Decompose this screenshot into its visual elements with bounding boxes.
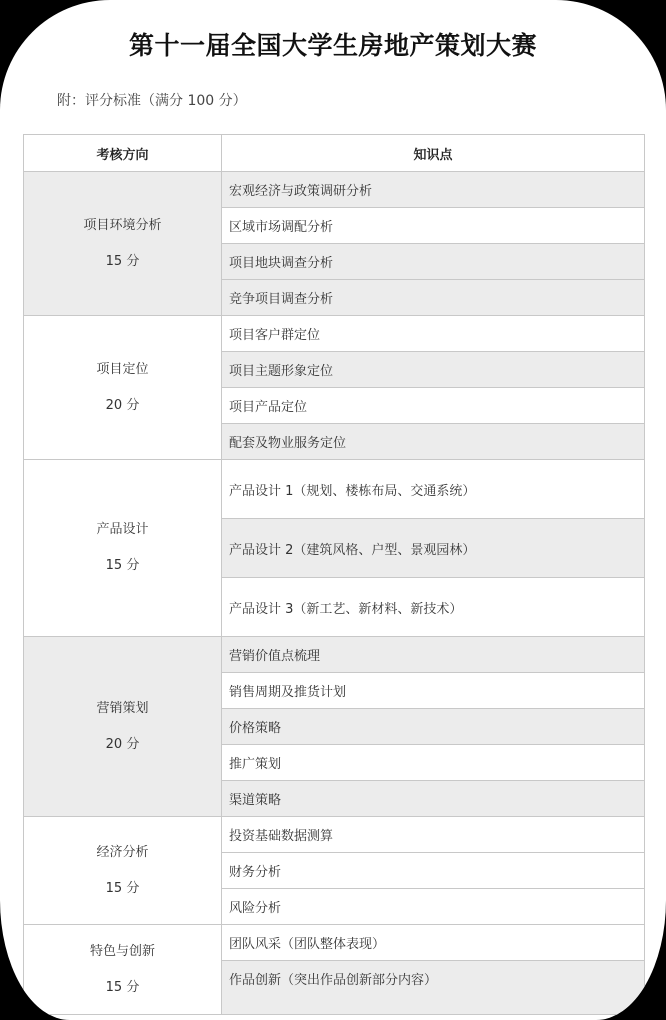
knowledge-point: 区域市场调配分析 xyxy=(222,208,645,244)
table-row: 营销策划 20 分 营销价值点梳理 xyxy=(24,637,645,673)
table-row: 经济分析 15 分 投资基础数据测算 xyxy=(24,817,645,853)
knowledge-point: 风险分析 xyxy=(222,889,645,925)
knowledge-point: 财务分析 xyxy=(222,853,645,889)
knowledge-point: 竞争项目调查分析 xyxy=(222,280,645,316)
header-assessment-direction: 考核方向 xyxy=(24,135,222,172)
knowledge-point: 作品创新（突出作品创新部分内容） xyxy=(222,961,645,1015)
category-cell: 经济分析 15 分 xyxy=(24,817,222,925)
category-name: 营销策划 xyxy=(24,700,221,718)
knowledge-point: 项目地块调查分析 xyxy=(222,244,645,280)
knowledge-point: 团队风采（团队整体表现） xyxy=(222,925,645,961)
category-points: 15 分 xyxy=(24,557,221,575)
knowledge-point: 产品设计 2（建筑风格、户型、景观园林） xyxy=(222,519,645,578)
knowledge-point: 投资基础数据测算 xyxy=(222,817,645,853)
knowledge-point: 销售周期及推货计划 xyxy=(222,673,645,709)
category-cell: 产品设计 15 分 xyxy=(24,460,222,637)
category-cell: 营销策划 20 分 xyxy=(24,637,222,817)
category-points: 15 分 xyxy=(24,253,221,271)
category-name: 产品设计 xyxy=(24,521,221,539)
knowledge-point: 渠道策略 xyxy=(222,781,645,817)
category-cell: 特色与创新 15 分 xyxy=(24,925,222,1015)
category-points: 20 分 xyxy=(24,736,221,754)
knowledge-point: 产品设计 1（规划、楼栋布局、交通系统） xyxy=(222,460,645,519)
category-name: 经济分析 xyxy=(24,844,221,862)
table-row: 项目定位 20 分 项目客户群定位 xyxy=(24,316,645,352)
document-page: 第十一届全国大学生房地产策划大赛 附：评分标准（满分 100 分） 考核方向 知… xyxy=(0,0,666,1020)
knowledge-point: 营销价值点梳理 xyxy=(222,637,645,673)
category-points: 15 分 xyxy=(24,979,221,997)
category-name: 特色与创新 xyxy=(24,943,221,961)
category-points: 20 分 xyxy=(24,397,221,415)
table-row: 项目环境分析 15 分 宏观经济与政策调研分析 xyxy=(24,172,645,208)
scoring-standard-note: 附：评分标准（满分 100 分） xyxy=(57,90,247,110)
scoring-table: 考核方向 知识点 项目环境分析 15 分 宏观经济与政策调研分析 区域市场调配分… xyxy=(23,134,645,1015)
category-points: 15 分 xyxy=(24,880,221,898)
knowledge-point: 价格策略 xyxy=(222,709,645,745)
document-title: 第十一届全国大学生房地产策划大赛 xyxy=(0,26,666,62)
header-knowledge-points: 知识点 xyxy=(222,135,645,172)
table-header-row: 考核方向 知识点 xyxy=(24,135,645,172)
knowledge-point: 项目客户群定位 xyxy=(222,316,645,352)
knowledge-point: 项目产品定位 xyxy=(222,388,645,424)
category-name: 项目定位 xyxy=(24,361,221,379)
knowledge-point: 推广策划 xyxy=(222,745,645,781)
knowledge-point: 宏观经济与政策调研分析 xyxy=(222,172,645,208)
category-cell: 项目环境分析 15 分 xyxy=(24,172,222,316)
knowledge-point: 配套及物业服务定位 xyxy=(222,424,645,460)
knowledge-point: 项目主题形象定位 xyxy=(222,352,645,388)
knowledge-point: 产品设计 3（新工艺、新材料、新技术） xyxy=(222,578,645,637)
category-name: 项目环境分析 xyxy=(24,217,221,235)
category-cell: 项目定位 20 分 xyxy=(24,316,222,460)
table-row: 特色与创新 15 分 团队风采（团队整体表现） xyxy=(24,925,645,961)
table-row: 产品设计 15 分 产品设计 1（规划、楼栋布局、交通系统） xyxy=(24,460,645,519)
